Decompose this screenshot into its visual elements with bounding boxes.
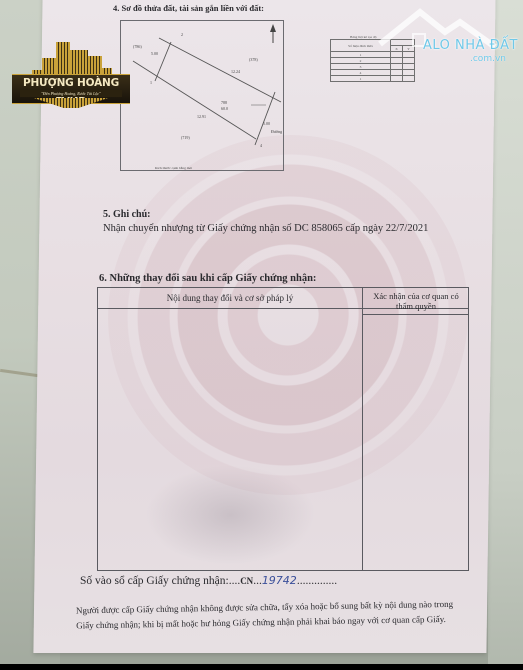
alo-nha-dat-watermark: ALO NHÀ ĐẤT .com.vn <box>375 2 520 72</box>
section-5-title: 5. Ghi chú: <box>103 209 151 220</box>
watermark-name: ALO NHÀ ĐẤT <box>423 38 518 53</box>
phuong-hoang-land-logo: PHƯỢNG HOÀNG LAND "Đến Phượng Hoàng, Rướ… <box>12 28 130 114</box>
changes-header-authority: Xác nhận của cơ quan có thẩm quyền <box>364 291 468 311</box>
svg-text:Đường: Đường <box>271 129 282 134</box>
svg-text:4: 4 <box>260 143 262 148</box>
svg-text:1: 1 <box>150 80 152 85</box>
svg-text:(719): (719) <box>181 135 190 140</box>
registry-line: Số vào sổ cấp Giấy chứng nhận:....CN...1… <box>80 574 337 587</box>
changes-content-column <box>98 288 363 570</box>
changes-table: Nội dung thay đổi và cơ sở pháp lý Xác n… <box>97 287 469 571</box>
svg-text:(786): (786) <box>133 44 142 49</box>
registry-number: 19742 <box>262 574 297 587</box>
registry-prefix: CN <box>240 576 253 586</box>
svg-text:5.00: 5.00 <box>263 121 270 126</box>
svg-text:12.24: 12.24 <box>231 69 240 74</box>
svg-text:12.91: 12.91 <box>197 114 206 119</box>
parcel-diagram: 2 1 3 4 (786) (378) (719) 788 60.0 5.00 … <box>120 20 284 171</box>
parcel-drawing: 2 1 3 4 (786) (378) (719) 788 60.0 5.00 … <box>121 21 283 170</box>
north-arrow-icon <box>270 24 276 43</box>
logo-slogan: "Đến Phượng Hoàng, Rước Tài Lộc" <box>20 90 122 97</box>
watermark-domain: .com.vn <box>470 54 506 64</box>
bottom-border <box>0 664 523 670</box>
svg-text:5.00: 5.00 <box>151 51 158 56</box>
table-row: 1 <box>331 76 415 82</box>
section-4-title: 4. Sơ đồ thửa đất, tài sản gắn liền với … <box>113 3 264 13</box>
svg-text:(378): (378) <box>249 57 258 62</box>
changes-header-content: Nội dung thay đổi và cơ sở pháp lý <box>98 293 362 303</box>
section-5-note: Nhận chuyển nhượng từ Giấy chứng nhận số… <box>103 223 428 234</box>
vertex-2-label: 2 <box>181 32 183 37</box>
svg-text:Kích thước cạnh bằng mét: Kích thước cạnh bằng mét <box>155 165 192 170</box>
svg-text:60.0: 60.0 <box>221 106 228 111</box>
section-6-title: 6. Những thay đổi sau khi cấp Giấy chứng… <box>99 273 316 284</box>
svg-text:788: 788 <box>221 100 227 105</box>
registry-label: Số vào sổ cấp Giấy chứng nhận: <box>80 575 229 587</box>
